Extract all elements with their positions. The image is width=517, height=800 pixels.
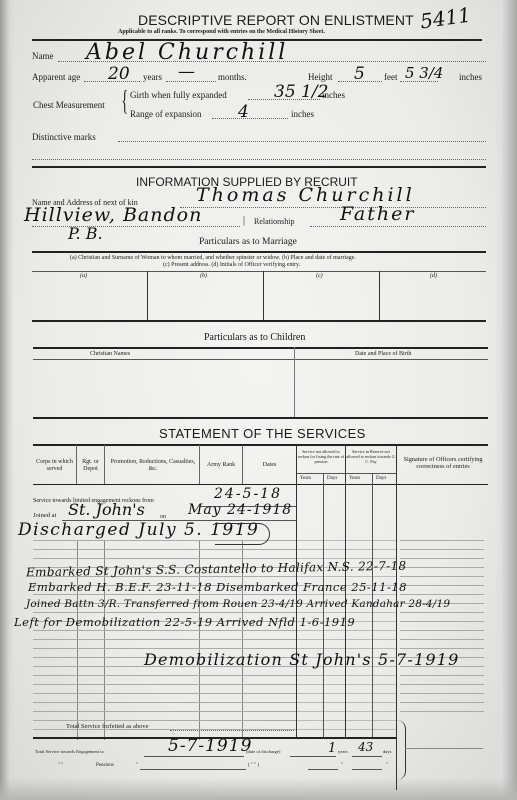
entry-embarked-2: Embarked H. B.E.F. 23-11-18 Disembarked … — [28, 580, 407, 594]
ruled-line — [33, 684, 296, 685]
forfeited-label: Total Service forfeited as above — [66, 723, 149, 730]
ruled-line — [33, 612, 296, 613]
col-div-2 — [104, 445, 105, 484]
range-unit: inches — [291, 109, 314, 119]
services-header-rule — [33, 484, 488, 485]
pensions-label: Pensions — [96, 763, 114, 768]
total-years-line — [290, 756, 336, 757]
ruled-line — [324, 693, 345, 694]
pensions-line — [140, 769, 246, 770]
ruled-line — [297, 630, 323, 631]
pensions-ditto-5: " — [386, 763, 388, 768]
entry-left-demob: Left for Demobilization 22-5-19 Arrived … — [14, 615, 355, 629]
ruled-line — [324, 684, 345, 685]
entry-demobilization: Demobilization St John's 5-7-1919 — [144, 650, 460, 669]
ruled-line — [346, 729, 372, 730]
ruled-line — [33, 630, 296, 631]
col-div-1 — [76, 445, 77, 484]
ruled-line — [33, 711, 296, 712]
ruled-line — [33, 594, 296, 595]
col-army-rank: Army Rank — [200, 462, 242, 468]
ruled-line — [373, 594, 396, 595]
annotation-loop — [215, 523, 270, 545]
marks-line-1 — [118, 141, 486, 142]
pensions-years-line — [308, 769, 338, 770]
marriage-col-d: (d) — [430, 273, 437, 279]
scan-edge-bottom — [0, 778, 517, 800]
ruled-line — [297, 639, 323, 640]
pensions-days-line — [352, 769, 382, 770]
ruled-line — [400, 639, 484, 640]
pensions-ditto-3: ( " " ) — [248, 763, 259, 768]
ruled-line — [324, 729, 345, 730]
ruled-line — [373, 639, 396, 640]
distinctive-marks-label: Distinctive marks — [32, 132, 96, 142]
marriage-divider-1 — [147, 271, 148, 320]
pipe-separator: | — [243, 215, 245, 226]
col-dates: Dates — [243, 462, 296, 468]
col-gc-pay: Service in Reserve not allowed to reckon… — [346, 449, 396, 464]
ruled-line — [324, 720, 345, 721]
ruled-line — [346, 612, 372, 613]
ruled-line — [33, 675, 296, 676]
relationship-label: Relationship — [254, 217, 294, 226]
ruled-line — [324, 594, 345, 595]
ruled-line — [33, 720, 296, 721]
enlistment-report-page: DESCRIPTIVE REPORT ON ENLISTMENT 5411 Ap… — [0, 0, 517, 800]
marriage-divider-3 — [379, 271, 380, 320]
ruled-line — [324, 675, 345, 676]
ruled-line — [324, 702, 345, 703]
ruled-line — [297, 729, 323, 730]
joined-date: May 24-1918 — [188, 502, 292, 518]
marriage-col-a: (a) — [80, 273, 87, 279]
total-date-line — [144, 756, 244, 757]
name-label: Name — [32, 51, 54, 61]
ruled-line — [33, 639, 296, 640]
col-corps: Corps in which served — [33, 459, 76, 473]
ruled-line — [297, 549, 323, 550]
height-label: Height — [308, 72, 333, 82]
ruled-line — [297, 648, 323, 649]
bracket-right — [397, 720, 406, 780]
relationship-line — [310, 226, 486, 227]
ruled-line — [373, 720, 396, 721]
ruled-line — [373, 540, 396, 541]
ruled-line — [373, 693, 396, 694]
ruled-line — [373, 702, 396, 703]
ruled-line — [297, 540, 323, 541]
services-top-rule — [33, 444, 488, 446]
height-inches-value: 5 3/4 — [405, 64, 443, 82]
marriage-instructions-1: (a) Christian and Surname of Woman to wh… — [70, 255, 356, 261]
years-label: years — [143, 72, 162, 82]
ruled-line — [373, 630, 396, 631]
pensions-ditto-4: " — [341, 763, 343, 768]
ruled-line — [400, 648, 484, 649]
ruled-line — [400, 540, 484, 541]
children-bottom-rule — [33, 417, 488, 419]
ruled-line — [373, 648, 396, 649]
ruled-line — [373, 621, 396, 622]
age-years-value: 20 — [108, 64, 130, 84]
regimental-number: 5411 — [419, 3, 473, 34]
ruled-line — [297, 558, 323, 559]
ruled-line — [400, 594, 484, 595]
ruled-line — [346, 720, 372, 721]
ruled-line — [400, 585, 484, 586]
ruled-line — [297, 594, 323, 595]
col-pension: Service not allowed to reckon for fixing… — [297, 449, 345, 464]
ruled-line — [33, 702, 296, 703]
ruled-line — [297, 720, 323, 721]
ruled-line — [346, 549, 372, 550]
marriage-title: Particulars as to Marriage — [199, 237, 297, 247]
scan-edge-right — [495, 0, 517, 800]
children-header-rule — [33, 359, 488, 360]
ruled-line — [33, 648, 296, 649]
ruled-line — [33, 549, 296, 550]
ruled-line — [324, 612, 345, 613]
address-line — [32, 226, 240, 227]
joined-place: St. John's — [68, 500, 145, 519]
relationship-value: Father — [340, 203, 415, 225]
document-subtitle: Applicable to all ranks. To correspond w… — [118, 29, 325, 35]
ruled-line — [346, 693, 372, 694]
next-of-kin-line — [180, 207, 486, 208]
ruled-line — [346, 675, 372, 676]
range-value: 4 — [238, 102, 249, 122]
ruled-line — [324, 639, 345, 640]
document-title: DESCRIPTIVE REPORT ON ENLISTMENT — [138, 12, 414, 28]
marks-line-2 — [32, 159, 486, 160]
ruled-line — [297, 675, 323, 676]
signature-line — [405, 748, 483, 749]
pensions-ditto: " " — [58, 763, 63, 768]
height-feet-value: 5 — [354, 64, 365, 84]
ruled-line — [346, 684, 372, 685]
marriage-bottom-rule — [32, 320, 486, 322]
ruled-line — [324, 711, 345, 712]
girth-unit: inches — [322, 90, 345, 100]
ruled-line — [33, 693, 296, 694]
ruled-line — [346, 639, 372, 640]
ruled-line — [400, 630, 484, 631]
ruled-line — [324, 630, 345, 631]
ruled-line — [373, 612, 396, 613]
pension-years: Years — [300, 476, 311, 481]
ruled-line — [373, 576, 396, 577]
ruled-line — [346, 711, 372, 712]
col-div-4 — [242, 445, 243, 484]
ruled-line — [400, 549, 484, 550]
ruled-line — [297, 693, 323, 694]
children-top-rule — [33, 347, 488, 349]
gc-days: Days — [376, 476, 386, 481]
ruled-line — [400, 711, 484, 712]
col-promotion: Promotion, Reductions, Casualties, &c. — [108, 459, 198, 473]
children-col-names: Christian Names — [90, 351, 130, 357]
marriage-col-b: (b) — [200, 273, 207, 279]
ruled-line — [400, 684, 484, 685]
ruled-line — [400, 576, 484, 577]
gc-years: Years — [349, 476, 360, 481]
marriage-instructions-2: (c) Present address. (d) Initials of Off… — [163, 262, 300, 268]
range-label: Range of expansion — [130, 109, 201, 119]
entry-joined-battn: Joined Battn 3/R. Transferred from Rouen… — [26, 598, 450, 610]
range-line — [212, 118, 288, 119]
ruled-line — [324, 648, 345, 649]
next-of-kin-address-2: P. B. — [68, 224, 103, 243]
age-months-value: — — [178, 62, 195, 82]
children-col-birth: Date and Place of Birth — [355, 351, 411, 357]
total-years: 1 — [328, 741, 336, 756]
feet-label: feet — [384, 72, 398, 82]
col-div-3 — [199, 445, 200, 484]
marriage-header-rule — [32, 271, 486, 272]
next-of-kin-address: Hillview, Bandon — [24, 204, 202, 226]
total-days-line — [352, 756, 382, 757]
ruled-line — [297, 612, 323, 613]
pensions-ditto-2: " — [136, 763, 138, 768]
services-title: STATEMENT OF THE SERVICES — [159, 426, 366, 441]
col-signature: Signature of Officers certifying correct… — [398, 456, 488, 470]
ruled-line — [324, 549, 345, 550]
marriage-col-c: (c) — [316, 273, 323, 279]
ruled-line — [373, 729, 396, 730]
section-rule — [32, 166, 486, 168]
ruled-line — [297, 684, 323, 685]
ruled-line — [346, 702, 372, 703]
ruled-line — [373, 675, 396, 676]
ruled-line — [373, 549, 396, 550]
ruled-line — [346, 576, 372, 577]
ruled-line — [400, 702, 484, 703]
total-service-label: Total Service towards Engagement to — [35, 749, 104, 754]
girth-value: 35 1/2 — [274, 82, 328, 102]
ruled-line — [297, 576, 323, 577]
total-days: 43 — [358, 740, 373, 754]
ruled-line — [346, 630, 372, 631]
pension-days: Days — [327, 476, 337, 481]
scan-edge-left — [0, 0, 14, 800]
ruled-line — [400, 621, 484, 622]
ruled-line — [346, 594, 372, 595]
children-divider — [294, 347, 295, 417]
col-rgt-depot: Rgt. or Depot — [77, 459, 104, 473]
ruled-line — [297, 702, 323, 703]
total-years-label: years — [338, 749, 348, 754]
brace-icon: { — [121, 86, 128, 118]
forfeited-line — [170, 730, 294, 731]
ruled-line — [33, 558, 296, 559]
apparent-age-label: Apparent age — [32, 72, 80, 82]
children-title: Particulars as to Children — [204, 332, 305, 343]
total-service-date: 5-7-1919 — [168, 736, 252, 756]
ruled-line — [324, 540, 345, 541]
chest-measurement-label: Chest Measurement — [33, 100, 105, 110]
marriage-divider-2 — [263, 271, 264, 320]
total-days-label: days — [383, 749, 391, 754]
ruled-line — [346, 540, 372, 541]
reckons-from-value: 24-5-18 — [214, 486, 282, 502]
ruled-line — [400, 675, 484, 676]
ruled-line — [297, 711, 323, 712]
ruled-line — [400, 612, 484, 613]
joined-at-label: Joined at — [33, 512, 56, 519]
ruled-line — [346, 648, 372, 649]
months-label: months. — [218, 72, 247, 82]
ruled-line — [373, 684, 396, 685]
ruled-line — [400, 693, 484, 694]
ruled-line — [324, 576, 345, 577]
years-days-rule — [297, 473, 397, 474]
ruled-line — [400, 558, 484, 559]
marriage-top-rule — [32, 251, 486, 253]
girth-label: Girth when fully expanded — [130, 90, 227, 100]
inches-label: inches — [459, 72, 482, 82]
ruled-line — [400, 567, 484, 568]
ruled-line — [373, 711, 396, 712]
discharge-label: (date of discharge) — [246, 749, 280, 754]
